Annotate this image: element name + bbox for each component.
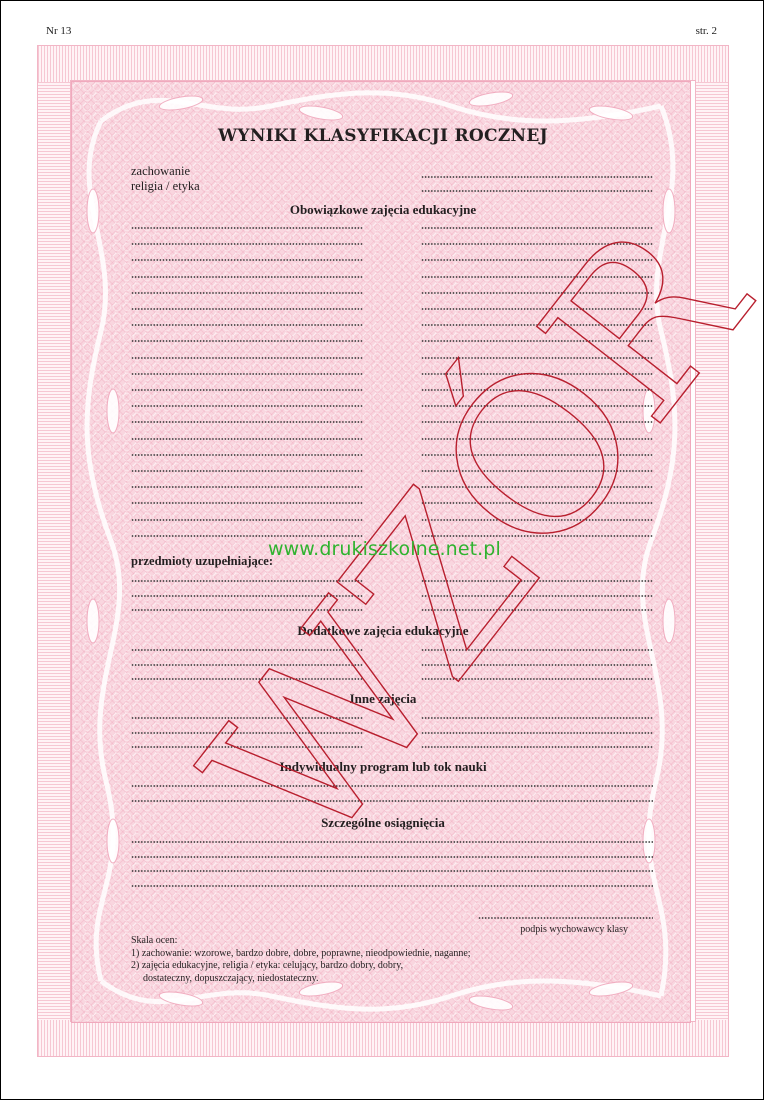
grading-scale-heading: Skala ocen: [131, 935, 471, 948]
document-page: Nr 13 str. 2 [0, 0, 764, 1100]
mandatory-subject-left-field[interactable] [131, 292, 363, 294]
mandatory-subject-left-field[interactable] [131, 308, 363, 310]
mandatory-subject-left-field[interactable] [131, 227, 363, 229]
religion-label: religia / etyka [131, 179, 200, 194]
mandatory-subject-left-field[interactable] [131, 276, 363, 278]
mandatory-subject-left-field[interactable] [131, 340, 363, 342]
mandatory-subject-left-field[interactable] [131, 405, 363, 407]
religion-grade-field[interactable] [421, 190, 653, 192]
section-supplementary-title: przedmioty uzupełniające: [131, 554, 273, 569]
behavior-grade-field[interactable] [421, 176, 653, 178]
grading-scale-line-1: 1) zachowanie: wzorowe, bardzo dobre, do… [131, 948, 471, 961]
mandatory-subject-left-field[interactable] [131, 259, 363, 261]
mandatory-subject-left-field[interactable] [131, 502, 363, 504]
achievement-field[interactable] [131, 885, 653, 887]
mandatory-subject-left-field[interactable] [131, 486, 363, 488]
mandatory-subject-left-field[interactable] [131, 357, 363, 359]
signature-label: podpis wychowawcy klasy [520, 924, 628, 935]
website-watermark: www.drukiszkolne.net.pl [268, 538, 501, 560]
mandatory-subject-left-field[interactable] [131, 243, 363, 245]
mandatory-subject-left-field[interactable] [131, 438, 363, 440]
mandatory-subject-left-field[interactable] [131, 454, 363, 456]
mandatory-subject-left-field[interactable] [131, 421, 363, 423]
mandatory-subject-left-field[interactable] [131, 373, 363, 375]
teacher-signature-field[interactable] [478, 917, 653, 919]
form-title: WYNIKI KLASYFIKACJI ROCZNEJ [1, 126, 764, 146]
mandatory-subject-left-field[interactable] [131, 470, 363, 472]
behavior-label: zachowanie [131, 164, 190, 179]
mandatory-subject-left-field[interactable] [131, 389, 363, 391]
mandatory-subject-left-field[interactable] [131, 324, 363, 326]
mandatory-subject-left-field[interactable] [131, 519, 363, 521]
achievement-field[interactable] [131, 856, 653, 858]
grading-scale: Skala ocen: 1) zachowanie: wzorowe, bard… [131, 935, 471, 985]
grading-scale-line-2: 2) zajęcia edukacyjne, religia / etyka: … [131, 960, 471, 973]
section-mandatory-title: Obowiązkowe zajęcia edukacyjne [1, 202, 764, 218]
achievement-field[interactable] [131, 870, 653, 872]
grading-scale-line-2-continued: dostateczny, dopuszczający, niedostatecz… [131, 973, 471, 986]
